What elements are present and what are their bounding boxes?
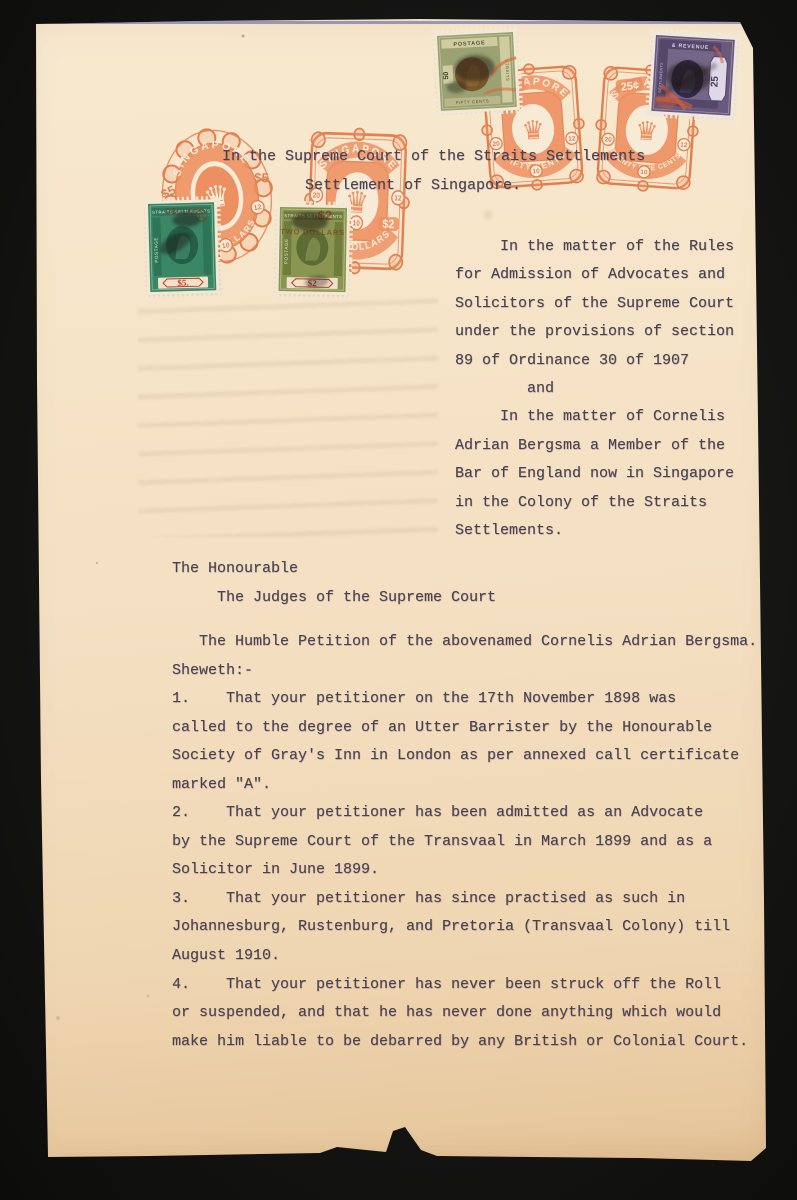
foxing-spots bbox=[0, 0, 797, 1200]
photo-background: ♛ SINGAPORE FIVE DOLLARS $5 $5 20 12 10 bbox=[0, 0, 797, 1200]
document-page bbox=[0, 0, 797, 1200]
